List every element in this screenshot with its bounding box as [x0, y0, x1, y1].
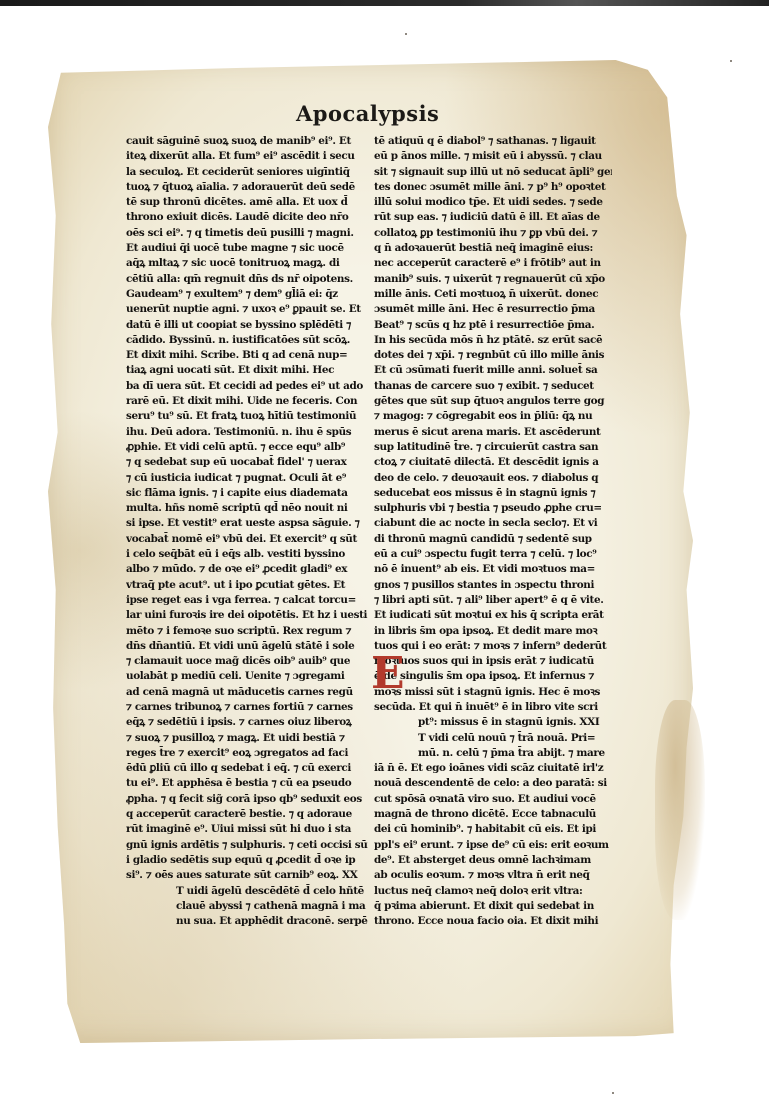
text-line: ⁊ clamauit uoce mag̃ dicēs oib⁹ auib⁹ qu…	[126, 654, 368, 669]
paper-stain	[655, 700, 705, 920]
text-line: ɔsumēt mille āni. Hec ē resurrectio p̄ma	[374, 302, 612, 317]
text-line: tē atiquū q ē diabol⁹ ⁊ sathanas. ⁊ liga…	[374, 134, 612, 149]
text-line: sic flāma ignis. ⁊ i capite eius diadema…	[126, 486, 368, 501]
text-line: i gladio sedētis sup equū q ꝓcedit d̄ oꝛ…	[126, 853, 368, 868]
text-line: Beat⁹ ⁊ scūs q hz ptē i resurrectiōe p̄m…	[374, 318, 612, 333]
text-line: moꝛtuos suos qui in ipsis erāt ⁊ iudicat…	[374, 654, 612, 669]
text-line: vtraq̄ pte acut⁹. ut i ipo ꝑcutiat gētes…	[126, 578, 368, 593]
text-line: T uidi āgelū descēdētē d̄ celo hñtē	[126, 884, 368, 899]
text-line: sit ⁊ signauit sup illū ut nō seducat āp…	[374, 165, 612, 180]
text-line: eq̄ꝝ ⁊ sedētiū i ipsis. ⁊ carnes oiuz li…	[126, 715, 368, 730]
text-line: Et cū ɔsūmati fuerit mille anni. soluet̄…	[374, 363, 612, 378]
text-line: Et iudicati sūt moꝛtui ex his q̄ scripta…	[374, 608, 612, 623]
text-line: pt⁹: missus ē in stagnū ignis. XXI	[374, 715, 612, 730]
dust-speck	[730, 60, 732, 62]
text-column-right: tē atiquū q ē diabol⁹ ⁊ sathanas. ⁊ liga…	[374, 134, 612, 929]
text-line: gnos ⁊ pusillos stantes in ɔspectu thron…	[374, 578, 612, 593]
text-line: in libris s̄m opa ipsoꝝ. Et dedit mare m…	[374, 624, 612, 639]
text-line: thanas de carcere suo ⁊ exibit. ⁊ seduce…	[374, 379, 612, 394]
text-line: ⁊ carnes tribunoꝝ ⁊ carnes fortiū ⁊ carn…	[126, 700, 368, 715]
text-line: iā n̄ ē. Et ego ioānes vidi scāz ciuitat…	[374, 761, 612, 776]
text-line: rūt sup eas. ⁊ iudiciū datū ē ill. Et aī…	[374, 210, 612, 225]
text-line: magnā de throno dicētē. Ecce tabnaculū	[374, 807, 612, 822]
text-line: ciabunt die ac nocte in secla seclo⁊. Et…	[374, 516, 612, 531]
text-line: gnū ignis ardētis ⁊ sulphuris. ⁊ ceti oc…	[126, 838, 368, 853]
text-line: seru⁹ tu⁹ sū. Et fratꝝ tuoꝝ hītiū testim…	[126, 409, 368, 424]
text-line: ppl's ei⁹ erunt. ⁊ ipse de⁹ cū eis: erit…	[374, 838, 612, 853]
text-line: lar uini furoꝛis ire dei oipotētis. Et h…	[126, 608, 368, 623]
text-line: throno. Ecce noua facio oia. Et dixit mi…	[374, 914, 612, 929]
text-line: de⁹. Et absterget deus omnē lachꝛimam	[374, 853, 612, 868]
text-line: la seculoꝝ. Et ceciderūt seniores uigīnt…	[126, 165, 368, 180]
text-line: ⁊ q sedebat sup eū uocabat̄ fidel' ⁊ uer…	[126, 455, 368, 470]
text-line: dn̄s dn̄antiū. Et vidi unū āgelū stātē i…	[126, 639, 368, 654]
text-line: ꝓpha. ⁊ q fecit sig̃ corā ipso qb⁹ sedux…	[126, 792, 368, 807]
text-line: throno exiuit dicēs. Laudē dicite deo nr…	[126, 210, 368, 225]
text-line: tu ei⁹. Et apphēsa ē bestia ⁊ cū ea pseu…	[126, 776, 368, 791]
text-line: si ipse. Et vestit⁹ erat ueste aspsa sāg…	[126, 516, 368, 531]
text-line: rūt imaginē e⁹. Uiui missi sūt hi duo i …	[126, 822, 368, 837]
text-line: uolabāt p mediū celi. Uenite ⁊ ɔgregami	[126, 669, 368, 684]
text-line: Gaudeam⁹ ⁊ exultem⁹ ⁊ dem⁹ gl̄iā ei: q̄z	[126, 287, 368, 302]
text-line: gētes que sūt sup q̄tuoꝛ angulos terre g…	[374, 394, 612, 409]
text-line: ꝓphie. Et vidi celū aptū. ⁊ ecce equ⁹ al…	[126, 440, 368, 455]
text-line: mēto ⁊ i femoꝛe suo scriptū. Rex regum ⁊	[126, 624, 368, 639]
text-line: si⁹. ⁊ oēs aues saturate sūt carnib⁹ eoꝝ…	[126, 868, 368, 883]
text-line: rarē eū. Et dixit mihi. Uide ne feceris.…	[126, 394, 368, 409]
text-line: luctus neq̄ clamoꝛ neq̄ doloꝛ erit vltra…	[374, 884, 612, 899]
dust-speck	[612, 1092, 614, 1094]
text-line: oēs sci ei⁹. ⁊ q timetis deū pusilli ⁊ m…	[126, 226, 368, 241]
text-line: nō ē inuent⁹ ab eis. Et vidi moꝛtuos ma=	[374, 562, 612, 577]
text-line: merus ē sicut arena maris. Et ascēderunt	[374, 425, 612, 440]
text-line: ba dī uera sūt. Et cecidi ad pedes ei⁹ u…	[126, 379, 368, 394]
text-line: iteꝝ dixerūt alla. Et fum⁹ ei⁹ ascēdit i…	[126, 149, 368, 164]
text-line: ēdū ꝑliū cū illo q sedebat i eq̄. ⁊ cū e…	[126, 761, 368, 776]
text-line: In his secūda mōs n̄ hz ptātē. sz erūt s…	[374, 333, 612, 348]
text-line: ⁊ suoꝝ ⁊ pusilloꝝ ⁊ magꝝ. Et uidi bestiā…	[126, 731, 368, 746]
text-line: sup latitudinē t̄re. ⁊ circuierūt castra…	[374, 440, 612, 455]
text-line: aq̄ꝝ mltaꝝ ⁊ sic uocē tonitruoꝝ magꝝ. di	[126, 256, 368, 271]
text-line: ab oculis eoꝛum. ⁊ moꝛs vltra n̄ erit ne…	[374, 868, 612, 883]
text-line: tē sup thronū dicētes. amē alla. Et uox …	[126, 195, 368, 210]
text-line: illū solui modico tp̄e. Et uidi sedes. ⁊…	[374, 195, 612, 210]
text-line: Et audiui q̄i uocē tube magne ⁊ sic uocē	[126, 241, 368, 256]
text-line: ipse reget eas i vga ferrea. ⁊ calcat to…	[126, 593, 368, 608]
text-line: eū a cui⁹ ɔspectu fugit terra ⁊ celū. ⁊ …	[374, 547, 612, 562]
text-line: mū. n. celū ⁊ p̄ma t̄ra abijt. ⁊ mare	[374, 746, 612, 761]
running-title: Apocalypsis	[296, 101, 439, 126]
text-line: ad cenā magnā ut māducetis carnes regū	[126, 685, 368, 700]
text-line: eū p ānos mille. ⁊ misit eū i abyssū. ⁊ …	[374, 149, 612, 164]
text-line: ctoꝝ ⁊ ciuitatē dilectā. Et descēdit ign…	[374, 455, 612, 470]
text-line: Et dixit mihi. Scribe. Bti q ad cenā nup…	[126, 348, 368, 363]
text-line: manib⁹ suis. ⁊ uixerūt ⁊ regnauerūt cū x…	[374, 272, 612, 287]
text-line: cut spōsā oꝛnatā viro suo. Et audiui voc…	[374, 792, 612, 807]
text-line: dei cū hominib⁹. ⁊ habitabit cū eis. Et …	[374, 822, 612, 837]
text-line: seducebat eos missus ē in stagnū ignis ⁊	[374, 486, 612, 501]
text-line: q̄ pꝛima abierunt. Et dixit qui sedebat …	[374, 899, 612, 914]
text-line: ihu. Deū adora. Testimoniū. n. ihu ē spū…	[126, 425, 368, 440]
text-line: q n̄ adoꝛauerūt bestiā neq̄ imaginē eius…	[374, 241, 612, 256]
text-line: moꝛs missi sūt i stagnū ignis. Hec ē moꝛ…	[374, 685, 612, 700]
text-line: q acceperūt caracterē bestie. ⁊ q adorau…	[126, 807, 368, 822]
text-line: ⁊ libri apti sūt. ⁊ ali⁹ liber apert⁹ ē …	[374, 593, 612, 608]
text-column-left: cauit sāguinē suoꝝ suoꝝ de manib⁹ ei⁹. E…	[126, 134, 368, 929]
text-line: multa. hñs nomē scriptū qd̄ nēo nouit ni	[126, 501, 368, 516]
text-line: mille ānis. Ceti moꝛtuoꝝ n̄ uixerūt. don…	[374, 287, 612, 302]
text-line: cauit sāguinē suoꝝ suoꝝ de manib⁹ ei⁹. E…	[126, 134, 368, 149]
text-line: ē de singulis s̄m opa ipsoꝝ. Et infernus…	[374, 669, 612, 684]
text-line: secūda. Et qui n̄ inuēt⁹ ē in libro vite…	[374, 700, 612, 715]
text-line: tuos qui i eo erāt: ⁊ moꝛs ⁊ infern⁹ ded…	[374, 639, 612, 654]
text-line: tes donec ɔsumēt mille āni. ⁊ p⁹ h⁹ opoꝛ…	[374, 180, 612, 195]
scanner-edge-bar	[0, 0, 769, 6]
text-line: nec acceperūt caracterē e⁹ i frōtib⁹ aut…	[374, 256, 612, 271]
text-line: dotes dei ⁊ xp̄i. ⁊ regnbūt cū illo mill…	[374, 348, 612, 363]
text-line: datū ē illi ut coopiat se byssino splēdē…	[126, 318, 368, 333]
text-line: tuoꝝ ⁊ q̄tuoꝝ aīalia. ⁊ adorauerūt deū s…	[126, 180, 368, 195]
text-line: sulphuris vbi ⁊ bestia ⁊ pseudo ꝓphe cru…	[374, 501, 612, 516]
text-line: ⁊ magog: ⁊ cōgregabit eos in p̄liū: q̄ꝝ …	[374, 409, 612, 424]
text-line: albo ⁊ mūdo. ⁊ de oꝛe ei⁹ ꝓcedit gladi⁹ …	[126, 562, 368, 577]
text-line: deo de celo. ⁊ deuoꝛauit eos. ⁊ diabolus…	[374, 471, 612, 486]
text-line: ⁊ cū iusticia iudicat ⁊ pugnat. Oculi āt…	[126, 471, 368, 486]
text-line: vocabat̄ nomē ei⁹ vbū dei. Et exercit⁹ q…	[126, 532, 368, 547]
text-line: tiaꝝ agni uocati sūt. Et dixit mihi. Hec	[126, 363, 368, 378]
text-line: i celo seq̄bāt eū i eq̄s alb. vestiti by…	[126, 547, 368, 562]
text-line: reges t̄re ⁊ exercit⁹ eoꝝ ɔgregatos ad f…	[126, 746, 368, 761]
dust-speck	[405, 33, 407, 35]
text-line: cētiū alla: qm̄ regnuit dn̄s ds nr̄ oipo…	[126, 272, 368, 287]
text-line: nu sua. Et apphēdit draconē. serpē=	[126, 914, 368, 929]
rubricated-initial: E	[371, 652, 405, 696]
text-line: collatoꝝ ꝑp testimoniū ihu ⁊ ꝑp vbū dei.…	[374, 226, 612, 241]
text-line: clauē abyssi ⁊ cathenā magnā i ma	[126, 899, 368, 914]
text-line: uenerūt nuptie agni. ⁊ uxoꝛ e⁹ ꝑpauit se…	[126, 302, 368, 317]
text-line: di thronū magnū candidū ⁊ sedentē sup	[374, 532, 612, 547]
text-line: cādido. Byssinū. n. iustificatōes sūt sc…	[126, 333, 368, 348]
text-line: nouā descendentē de celo: a deo paratā: …	[374, 776, 612, 791]
text-line: T vidi celū nouū ⁊ t̄rā nouā. Pri=	[374, 731, 612, 746]
